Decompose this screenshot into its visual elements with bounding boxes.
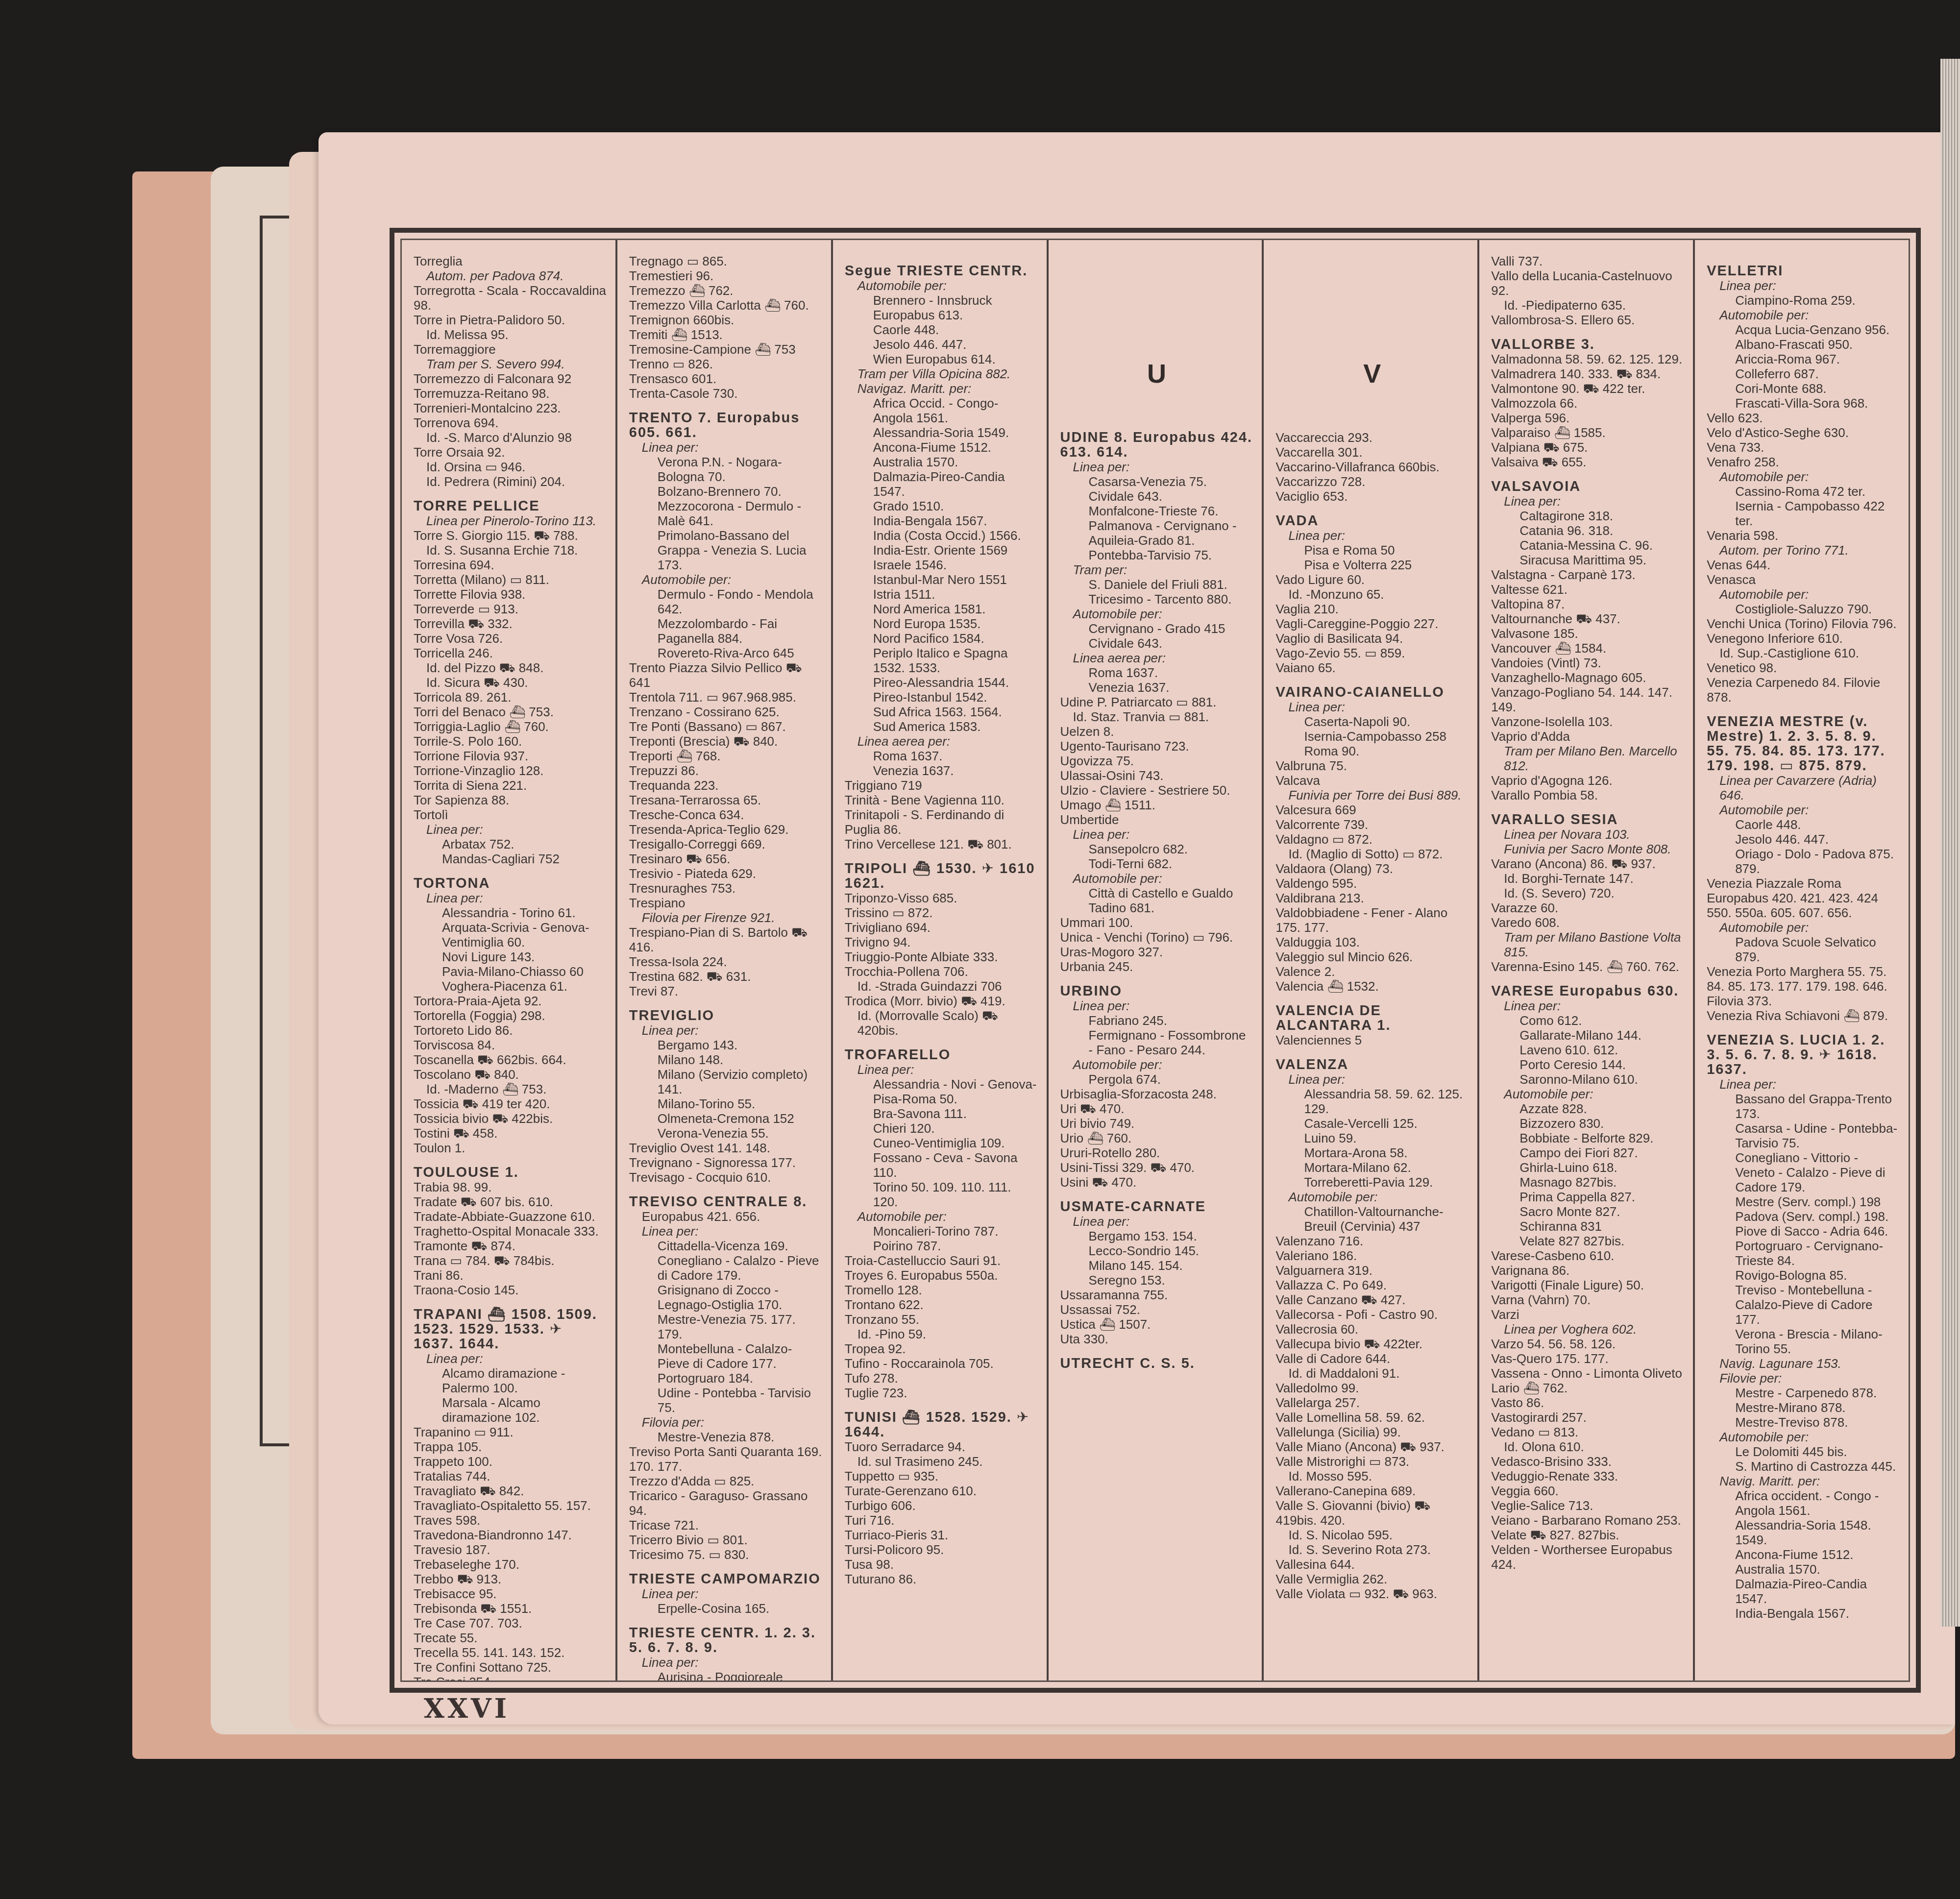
index-entry: Vallecorsa - Pofi - Castro 90.: [1275, 1307, 1469, 1322]
index-entry: India-Estr. Oriente 1569: [845, 543, 1038, 558]
index-entry: Tremignon 660bis.: [629, 313, 822, 327]
index-entry: Nord Europa 1535.: [845, 616, 1038, 631]
index-entry: Tradate ⛟ 607 bis. 610.: [414, 1194, 607, 1209]
index-entry: Tressa-Isola 224.: [629, 954, 822, 969]
index-entry: Trontano 622.: [845, 1297, 1038, 1312]
index-entry: Vaiano 65.: [1275, 660, 1469, 675]
index-entry: Valeriano 186.: [1275, 1248, 1469, 1263]
index-entry: Linea per:: [1060, 827, 1253, 842]
index-entry: Vaglia 210.: [1275, 602, 1469, 616]
index-entry: Chieri 120.: [845, 1121, 1038, 1136]
index-entry: Colleferro 687.: [1707, 366, 1900, 381]
station-heading: UTRECHT C. S. 5.: [1060, 1356, 1253, 1371]
index-entry: Vallecupa bivio ⛟ 422ter.: [1275, 1337, 1469, 1351]
index-entry: Linea per:: [414, 891, 607, 905]
index-entry: Varzi: [1491, 1307, 1684, 1322]
index-entry: Linea per:: [1060, 460, 1253, 474]
index-entry: Valle Violata ▭ 932. ⛟ 963.: [1275, 1586, 1469, 1601]
index-entry: Id. sul Trasimeno 245.: [845, 1454, 1038, 1469]
index-entry: Trenzano - Cossirano 625.: [629, 705, 822, 719]
index-entry: Novi Ligure 143.: [414, 949, 607, 964]
index-entry: Vancouver ⛴ 1584.: [1491, 641, 1684, 656]
index-entry: Monfalcone-Trieste 76.: [1060, 504, 1253, 518]
index-entry: Frascati-Villa-Sora 968.: [1707, 396, 1900, 411]
index-entry: Tuppetto ▭ 935.: [845, 1469, 1038, 1484]
index-entry: Tram per Milano Bastione Volta 815.: [1491, 930, 1684, 959]
index-entry: Tortora-Praia-Ajeta 92.: [414, 994, 607, 1008]
index-entry: Vaprio d'Agogna 126.: [1491, 773, 1684, 788]
index-entry: Torricola 89. 261.: [414, 690, 607, 705]
station-heading: VENEZIA MESTRE (v. Mestre) 1. 2. 3. 5. 8…: [1707, 714, 1900, 773]
index-entry: Traona-Cosio 145.: [414, 1283, 607, 1297]
index-entry: Milano (Servizio completo) 141.: [629, 1067, 822, 1096]
station-heading: TRENTO 7. Europabus 605. 661.: [629, 411, 822, 440]
index-entry: Automobile per:: [1707, 1430, 1900, 1444]
index-entry: Velden - Worthersee Europabus 424.: [1491, 1542, 1684, 1572]
index-entry: Filovie per:: [1707, 1371, 1900, 1386]
station-heading: VADA: [1275, 513, 1469, 528]
index-entry: Turate-Gerenzano 610.: [845, 1484, 1038, 1498]
index-entry: Torrevilla ⛟ 332.: [414, 616, 607, 631]
index-entry: Tortolì: [414, 807, 607, 822]
index-entry: Vas-Quero 175. 177.: [1491, 1351, 1684, 1366]
index-entry: Olmeneta-Cremona 152: [629, 1111, 822, 1126]
index-entry: Caorle 448.: [845, 322, 1038, 337]
index-entry: Vandoies (Vintl) 73.: [1491, 656, 1684, 670]
index-entry: Trivigno 94.: [845, 935, 1038, 949]
index-entry: Tromello 128.: [845, 1283, 1038, 1297]
index-entry: Unica - Venchi (Torino) ▭ 796.: [1060, 930, 1253, 945]
index-entry: Linea per Voghera 602.: [1491, 1322, 1684, 1337]
index-entry: Ghirla-Luino 618.: [1491, 1160, 1684, 1175]
index-entry: Varignana 86.: [1491, 1263, 1684, 1278]
index-entry: Tortoreto Lido 86.: [414, 1023, 607, 1038]
index-entry: Valvasone 185.: [1491, 626, 1684, 641]
index-entry: Pisa e Volterra 225: [1275, 558, 1469, 572]
index-entry: Trabia 98. 99.: [414, 1180, 607, 1194]
index-entry: Tre Croci 254.: [414, 1675, 607, 1680]
index-entry: Venezia Porto Marghera 55. 75. 84. 85. 1…: [1707, 964, 1900, 1008]
index-entry: Tremosine-Campione ⛴ 753: [629, 342, 822, 357]
index-entry: Trebisonda ⛟ 1551.: [414, 1601, 607, 1616]
index-entry: Padova (Serv. compl.) 198.: [1707, 1209, 1900, 1224]
index-entry: Traghetto-Ospital Monacale 333.: [414, 1224, 607, 1239]
index-entry: Vedano ▭ 813.: [1491, 1425, 1684, 1439]
index-entry: Milano 145. 154.: [1060, 1258, 1253, 1273]
index-entry: Id. Sicura ⛟ 430.: [414, 675, 607, 690]
index-entry: Id. (S. Severo) 720.: [1491, 886, 1684, 901]
index-entry: Usini ⛟ 470.: [1060, 1175, 1253, 1190]
index-entry: Rovigo-Bologna 85.: [1707, 1268, 1900, 1283]
index-entry: Tregnago ▭ 865.: [629, 254, 822, 268]
index-entry: Automobile per:: [845, 278, 1038, 293]
index-entry: Mestre-Venezia 878.: [629, 1430, 822, 1444]
index-entry: Campo dei Fiori 827.: [1491, 1145, 1684, 1160]
index-entry: Bergamo 143.: [629, 1038, 822, 1052]
index-entry: Luino 59.: [1275, 1131, 1469, 1145]
index-entry: Roma 90.: [1275, 744, 1469, 758]
index-entry: Caorle 448.: [1707, 817, 1900, 832]
index-entry: Automobile per:: [1707, 803, 1900, 817]
index-entry: Bobbiate - Belforte 829.: [1491, 1131, 1684, 1145]
index-entry: Automobile per:: [1707, 308, 1900, 322]
station-heading: TROFARELLO: [845, 1047, 1038, 1062]
index-entry: Venafro 258.: [1707, 455, 1900, 469]
index-entry: Alessandria 58. 59. 62. 125. 129.: [1275, 1087, 1469, 1116]
index-entry: Vallelarga 257.: [1275, 1395, 1469, 1410]
index-entry: Valmontone 90. ⛟ 422 ter.: [1491, 381, 1684, 396]
index-table-frame: TorregliaAutom. per Padova 874.Torregrot…: [390, 228, 1921, 1693]
index-entry: Verona-Venezia 55.: [629, 1126, 822, 1141]
index-entry: Tricerro Bivio ▭ 801.: [629, 1533, 822, 1547]
index-entry: Tradate-Abbiate-Guazzone 610.: [414, 1209, 607, 1224]
index-entry: Umago ⛴ 1511.: [1060, 798, 1253, 812]
index-entry: Azzate 828.: [1491, 1101, 1684, 1116]
index-entry: Vaprio d'Adda: [1491, 729, 1684, 744]
index-entry: Id. Melissa 95.: [414, 327, 607, 342]
index-entry: Linea per:: [629, 1224, 822, 1239]
index-entry: Tropea 92.: [845, 1341, 1038, 1356]
index-entry: Valtesse 621.: [1491, 582, 1684, 597]
index-entry: Linea per:: [1275, 1072, 1469, 1087]
index-entry: Torrenieri-Montalcino 223.: [414, 401, 607, 415]
index-entry: Treporti ⛴ 768.: [629, 749, 822, 763]
index-entry: Aurisina - Poggioreale Campagna 80.: [629, 1670, 822, 1680]
index-entry: Torrione Filovia 937.: [414, 749, 607, 763]
index-entry: Trenno ▭ 826.: [629, 357, 822, 371]
index-entry: Portogruaro 184.: [629, 1371, 822, 1386]
index-entry: Bizzozero 830.: [1491, 1116, 1684, 1131]
index-entry: Africa occident. - Congo -Angola 1561.: [1707, 1488, 1900, 1518]
index-entry: Todi-Terni 682.: [1060, 856, 1253, 871]
index-entry: Automobile per:: [1060, 607, 1253, 621]
index-entry: Australia 1570.: [845, 455, 1038, 469]
index-entry: Torino 50. 109. 110. 111. 120.: [845, 1180, 1038, 1209]
index-entry: Tresigallo-Correggi 669.: [629, 837, 822, 852]
index-entry: Torremaggiore: [414, 342, 607, 357]
index-entry: Tuoro Serradarce 94.: [845, 1439, 1038, 1454]
index-entry: Acqua Lucia-Genzano 956.: [1707, 322, 1900, 337]
index-entry: Torreglia: [414, 254, 607, 268]
index-entry: Trappeto 100.: [414, 1454, 607, 1469]
index-entry: Pireo-Istanbul 1542.: [845, 690, 1038, 705]
index-entry: Porto Ceresio 144.: [1491, 1057, 1684, 1072]
index-entry: Poirino 787.: [845, 1239, 1038, 1253]
index-entry: Id. Olona 610.: [1491, 1439, 1684, 1454]
index-entry: Travesio 187.: [414, 1542, 607, 1557]
index-entry: Catania 96. 318.: [1491, 523, 1684, 538]
index-entry: Treviglio Ovest 141. 148.: [629, 1141, 822, 1155]
index-entry: Torre Orsaia 92.: [414, 445, 607, 460]
index-entry: Tricesimo 75. ▭ 830.: [629, 1547, 822, 1562]
index-entry: Venezia 1637.: [845, 763, 1038, 778]
index-entry: Torrita di Siena 221.: [414, 778, 607, 793]
index-entry: Marsala - Alcamo diramazione 102.: [414, 1395, 607, 1425]
index-entry: Torrette Filovia 938.: [414, 587, 607, 602]
index-entry: Trespiano-Pian di S. Bartolo ⛟ 416.: [629, 925, 822, 954]
index-entry: Turriaco-Pieris 31.: [845, 1528, 1038, 1542]
index-entry: Funivia per Sacro Monte 808.: [1491, 842, 1684, 856]
index-entry: Torretta (Milano) ▭ 811.: [414, 572, 607, 587]
index-entry: Linea per:: [629, 1023, 822, 1038]
index-entry: Valduggia 103.: [1275, 935, 1469, 949]
index-entry: Bergamo 153. 154.: [1060, 1229, 1253, 1243]
index-entry: Trequanda 223.: [629, 778, 822, 793]
index-entry: Trissino ▭ 872.: [845, 905, 1038, 920]
index-entry: Linea per Cavarzere (Adria) 646.: [1707, 773, 1900, 803]
index-entry: Id. -S. Marco d'Alunzio 98: [414, 430, 607, 445]
index-entry: Schiranna 831: [1491, 1219, 1684, 1234]
index-entry: Navigaz. Maritt. per:: [845, 381, 1038, 396]
station-heading: USMATE-CARNATE: [1060, 1199, 1253, 1214]
index-entry: Torregrotta - Scala - Roccavaldina 98.: [414, 283, 607, 313]
index-entry: Valle Vermiglia 262.: [1275, 1572, 1469, 1586]
index-entry: Torricella 246.: [414, 646, 607, 660]
index-entry: Gallarate-Milano 144.: [1491, 1028, 1684, 1043]
index-entry: Albano-Frascati 950.: [1707, 337, 1900, 352]
index-entry: Moncalieri-Torino 787.: [845, 1224, 1038, 1239]
index-entry: Valdibrana 213.: [1275, 891, 1469, 905]
index-entry: Tricesimo - Tarcento 880.: [1060, 592, 1253, 607]
index-entry: Funivia per Torre dei Busi 889.: [1275, 788, 1469, 803]
index-entry: Umbertide: [1060, 812, 1253, 827]
index-entry: Alessandria - Torino 61.: [414, 905, 607, 920]
index-column-2: Tregnago ▭ 865.Tremestieri 96.Tremezzo ⛴…: [617, 240, 833, 1680]
station-heading: VALENCIA DE ALCANTARA 1.: [1275, 1003, 1469, 1033]
index-entry: Id. (Maglio di Sotto) ▭ 872.: [1275, 847, 1469, 861]
index-entry: Id. Staz. Tranvia ▭ 881.: [1060, 709, 1253, 724]
index-entry: Valdagno ▭ 872.: [1275, 832, 1469, 847]
index-entry: Turi 716.: [845, 1513, 1038, 1528]
index-entry: Vallerano-Canepina 689.: [1275, 1484, 1469, 1498]
index-entry: Tostini ⛟ 458.: [414, 1126, 607, 1141]
index-entry: Linea per:: [414, 822, 607, 837]
station-heading: TUNISI ⛴ 1528. 1529. ✈ 1644.: [845, 1410, 1038, 1439]
index-entry: Linea per:: [1275, 700, 1469, 714]
index-entry: Torri del Benaco ⛴ 753.: [414, 705, 607, 719]
index-entry: Alcamo diramazione - Palermo 100.: [414, 1366, 607, 1395]
station-heading: VELLETRI: [1707, 264, 1900, 278]
station-heading: VALSAVOIA: [1491, 479, 1684, 494]
index-entry: Trebbo ⛟ 913.: [414, 1572, 607, 1586]
index-entry: Trinitapoli - S. Ferdinando di Puglia 86…: [845, 807, 1038, 837]
index-entry: Trebaseleghe 170.: [414, 1557, 607, 1572]
index-entry: Valcava: [1275, 773, 1469, 788]
index-entry: Vallombrosa-S. Ellero 65.: [1491, 313, 1684, 327]
index-entry: Padova Scuole Selvatico 879.: [1707, 935, 1900, 964]
index-entry: Tresche-Conca 634.: [629, 807, 822, 822]
index-entry: Turbigo 606.: [845, 1498, 1038, 1513]
page-number: XXVI: [424, 1693, 510, 1724]
index-entry: Trinità - Bene Vagienna 110.: [845, 793, 1038, 807]
index-entry: Venaria 598.: [1707, 528, 1900, 543]
index-entry: Tram per Villa Opicina 882.: [845, 366, 1038, 381]
index-entry: Mortara-Arona 58.: [1275, 1145, 1469, 1160]
section-letter-u: U: [1060, 366, 1253, 381]
index-entry: Linea per:: [629, 440, 822, 455]
index-entry: Automobile per:: [1707, 469, 1900, 484]
index-entry: Vasto 86.: [1491, 1395, 1684, 1410]
index-entry: Verona P.N. - Nogara-Bologna 70.: [629, 455, 822, 484]
index-entry: Voghera-Piacenza 61.: [414, 979, 607, 994]
index-entry: Valle S. Giovanni (bivio) ⛟ 419bis. 420.: [1275, 1498, 1469, 1528]
index-entry: Venezia Piazzale Roma Europabus 420. 421…: [1707, 876, 1900, 920]
index-entry: Id. -Monzuno 65.: [1275, 587, 1469, 602]
index-entry: Trappa 105.: [414, 1439, 607, 1454]
index-entry: Urbania 245.: [1060, 959, 1253, 974]
index-entry: Treponti (Brescia) ⛟ 840.: [629, 734, 822, 749]
index-entry: Automobile per:: [1707, 587, 1900, 602]
index-entry: Trivigliano 694.: [845, 920, 1038, 935]
index-entry: Roma 1637.: [845, 749, 1038, 763]
index-entry: Uri ⛟ 470.: [1060, 1101, 1253, 1116]
index-entry: Vallazza C. Po 649.: [1275, 1278, 1469, 1292]
index-column-5: V Vaccareccia 293.Vaccarella 301.Vaccari…: [1264, 240, 1479, 1680]
index-entry: Laveno 610. 612.: [1491, 1043, 1684, 1057]
index-entry: Troia-Castelluccio Sauri 91.: [845, 1253, 1038, 1268]
index-entry: Australia 1570.: [1707, 1562, 1900, 1577]
index-entry: Trebisacce 95.: [414, 1586, 607, 1601]
index-entry: Tram per Milano Ben. Marcello 812.: [1491, 744, 1684, 773]
index-column-1: TorregliaAutom. per Padova 874.Torregrot…: [402, 240, 617, 1680]
index-entry: Ciampino-Roma 259.: [1707, 293, 1900, 308]
index-entry: Periplo Italico e Spagna 1532. 1533.: [845, 646, 1038, 675]
index-entry: Pergola 674.: [1060, 1072, 1253, 1087]
index-entry: Trapanino ▭ 911.: [414, 1425, 607, 1439]
index-entry: Cividale 643.: [1060, 489, 1253, 504]
index-entry: Cervignano - Grado 415: [1060, 621, 1253, 636]
index-entry: Conegliano - Calalzo - Pieve di Cadore 1…: [629, 1253, 822, 1283]
index-entry: Casarsa-Venezia 75.: [1060, 474, 1253, 489]
index-entry: Cividale 643.: [1060, 636, 1253, 651]
index-columns: TorregliaAutom. per Padova 874.Torregrot…: [400, 239, 1910, 1682]
index-entry: Tor Sapienza 88.: [414, 793, 607, 807]
index-entry: Linea per:: [845, 1062, 1038, 1077]
index-entry: Trentola 711. ▭ 967.968.985.: [629, 690, 822, 705]
index-entry: Tresenda-Aprica-Teglio 629.: [629, 822, 822, 837]
index-entry: Id. S. Nicolao 595.: [1275, 1528, 1469, 1542]
index-entry: Udine P. Patriarcato ▭ 881.: [1060, 695, 1253, 709]
index-entry: Autom. per Torino 771.: [1707, 543, 1900, 558]
index-entry: Fermignano - Fossombrone - Fano - Pesaro…: [1060, 1028, 1253, 1057]
index-entry: Udine - Pontebba - Tarvisio 75.: [629, 1386, 822, 1415]
index-entry: Id. -Strada Guindazzi 706: [845, 979, 1038, 994]
index-entry: Vaglio di Basilicata 94.: [1275, 631, 1469, 646]
index-entry: Venasca: [1707, 572, 1900, 587]
index-entry: Dermulo - Fondo - Mendola 642.: [629, 587, 822, 616]
index-entry: Vastogirardi 257.: [1491, 1410, 1684, 1425]
index-entry: Mestre - Carpenedo 878.: [1707, 1386, 1900, 1400]
index-entry: Ussaramanna 755.: [1060, 1288, 1253, 1302]
index-entry: Tossicia bivio ⛟ 422bis.: [414, 1111, 607, 1126]
index-entry: Varese-Casbeno 610.: [1491, 1248, 1684, 1263]
index-entry: Milano-Torino 55.: [629, 1096, 822, 1111]
index-column-7: VELLETRILinea per:Ciampino-Roma 259.Auto…: [1695, 240, 1909, 1680]
index-entry: Valle di Cadore 644.: [1275, 1351, 1469, 1366]
index-entry: Pontebba-Tarvisio 75.: [1060, 548, 1253, 562]
index-entry: Vaciglio 653.: [1275, 489, 1469, 504]
index-entry: Vello 623.: [1707, 411, 1900, 425]
index-entry: Valperga 596.: [1491, 411, 1684, 425]
index-entry: Filovia per Firenze 921.: [629, 910, 822, 925]
index-entry: Pireo-Alessandria 1544.: [845, 675, 1038, 690]
index-entry: Linea per Novara 103.: [1491, 827, 1684, 842]
index-entry: Valsaiva ⛟ 655.: [1491, 455, 1684, 469]
index-entry: Vaccareccia 293.: [1275, 430, 1469, 445]
index-entry: Israele 1546.: [845, 558, 1038, 572]
index-entry: Tursi-Policoro 95.: [845, 1542, 1038, 1557]
index-entry: Tronzano 55.: [845, 1312, 1038, 1327]
station-heading: TRAPANI ⛴ 1508. 1509. 1523. 1529. 1533. …: [414, 1307, 607, 1351]
index-entry: Cittadella-Vicenza 169.: [629, 1239, 822, 1253]
index-entry: Tresana-Terrarossa 65.: [629, 793, 822, 807]
index-entry: Tram per:: [1060, 562, 1253, 577]
index-entry: Trecate 55.: [414, 1631, 607, 1645]
index-entry: Varigotti (Finale Ligure) 50.: [1491, 1278, 1684, 1292]
index-entry: Torre in Pietra-Palidoro 50.: [414, 313, 607, 327]
station-heading: URBINO: [1060, 984, 1253, 998]
index-entry: Vallecrosia 60.: [1275, 1322, 1469, 1337]
index-entry: Linea aerea per:: [1060, 651, 1253, 665]
index-entry: Vanzago-Pogliano 54. 144. 147. 149.: [1491, 685, 1684, 714]
index-entry: Valencia ⛴ 1532.: [1275, 979, 1469, 994]
index-entry: Portogruaro - Cervignano-Trieste 84.: [1707, 1239, 1900, 1268]
index-entry: Travagliato ⛟ 842.: [414, 1484, 607, 1498]
index-entry: Arquata-Scrivia - Genova-Ventimiglia 60.: [414, 920, 607, 949]
index-entry: Valmadrera 140. 333. ⛟ 834.: [1491, 366, 1684, 381]
index-entry: Usini-Tissi 329. ⛟ 470.: [1060, 1160, 1253, 1175]
station-heading: TREVISO CENTRALE 8.: [629, 1194, 822, 1209]
index-entry: Grado 1510.: [845, 499, 1038, 513]
index-entry: Sud America 1583.: [845, 719, 1038, 734]
index-entry: Tuturano 86.: [845, 1572, 1038, 1586]
index-entry: Id. del Pizzo ⛟ 848.: [414, 660, 607, 675]
index-entry: Trecella 55. 141. 143. 152.: [414, 1645, 607, 1660]
index-entry: Chatillon-Valtournanche-Breuil (Cervinia…: [1275, 1204, 1469, 1234]
index-entry: Ururi-Rotello 280.: [1060, 1145, 1253, 1160]
index-entry: Montebelluna - Calalzo-Pieve di Cadore 1…: [629, 1341, 822, 1371]
index-entry: Valenciennes 5: [1275, 1033, 1469, 1047]
index-column-4: U UDINE 8. Europabus 424. 613. 614.Linea…: [1049, 240, 1264, 1680]
index-entry: Isernia-Campobasso 258: [1275, 729, 1469, 744]
index-entry: Trenta-Casole 730.: [629, 386, 822, 401]
index-entry: Torresina 694.: [414, 558, 607, 572]
index-entry: Navig. Lagunare 153.: [1707, 1356, 1900, 1371]
index-entry: Trevignano - Signoressa 177.: [629, 1155, 822, 1170]
index-entry: Torreberetti-Pavia 129.: [1275, 1175, 1469, 1190]
index-entry: Cuneo-Ventimiglia 109.: [845, 1136, 1038, 1150]
station-heading: TRIESTE CAMPOMARZIO: [629, 1572, 822, 1586]
index-entry: Isernia - Campobasso 422 ter.: [1707, 499, 1900, 528]
index-entry: Le Dolomiti 445 bis.: [1707, 1444, 1900, 1459]
station-heading: TRIESTE CENTR. 1. 2. 3. 5. 6. 7. 8. 9.: [629, 1626, 822, 1655]
index-entry: Velate 827 827bis.: [1491, 1234, 1684, 1248]
index-entry: Traves 598.: [414, 1513, 607, 1528]
index-entry: Linea per Pinerolo-Torino 113.: [414, 513, 607, 528]
index-column-6: Valli 737.Vallo della Lucania-Castelnuov…: [1479, 240, 1695, 1680]
index-entry: Torrione-Vinzaglio 128.: [414, 763, 607, 778]
index-entry: Trezzo d'Adda ▭ 825.: [629, 1474, 822, 1488]
index-entry: Varzo 54. 56. 58. 126.: [1491, 1337, 1684, 1351]
index-entry: Valdengo 595.: [1275, 876, 1469, 891]
index-entry: Africa Occid. - Congo-Angola 1561.: [845, 396, 1038, 425]
index-entry: Nord America 1581.: [845, 602, 1038, 616]
index-entry: Bolzano-Brennero 70.: [629, 484, 822, 499]
index-entry: Valledolmo 99.: [1275, 1381, 1469, 1395]
station-heading: VALENZA: [1275, 1057, 1469, 1072]
index-entry: Uta 330.: [1060, 1332, 1253, 1346]
index-entry: Pavia-Milano-Chiasso 60: [414, 964, 607, 979]
